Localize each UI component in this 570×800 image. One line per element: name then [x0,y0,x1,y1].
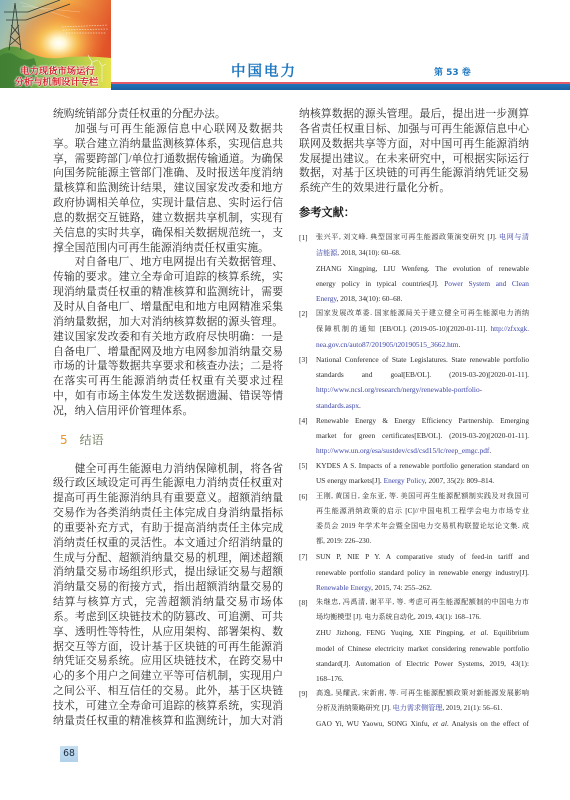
text-segment: 联网及数据共享等方面，对中国可再生能源消纳 [299,138,529,150]
reference-link[interactable]: standards.aspx [316,401,359,410]
reference-link[interactable]: Energy [316,294,337,303]
text-segment: 心的多个用户之间建立平等可信机制，实现用户 [53,670,283,682]
text-line: 量核算和监测统计结果，建议国家发改委和地方 [53,181,283,196]
text-line: 在落实可再生能源消纳责任权重有关要求过程 [53,374,283,389]
text-line: renewable portfolio standard policy in r… [316,565,529,580]
text-line: 国家发展改革委. 国家能源局关于建立健全可再生能源电力消纳 [316,306,529,321]
reference-number: [3] [299,352,308,367]
reference-link[interactable]: nea.gov.cn/auto87/201905/t20190515_3662.… [316,340,459,349]
text-segment: 在落实可再生能源消纳责任权重有关要求过程 [53,375,283,387]
text-line: 享，需要跨部门/单位打通数据传输通道。为确保 [53,152,283,167]
text-segment: 交易作为各类消纳责任主体完成自身消纳量指标 [53,507,283,519]
text-segment: . [359,401,361,410]
text-segment: 朱继忠, 冯禹清, 谢平平, 等. 考虑可再生能源配额制的中国电力市 [316,598,529,606]
text-segment: ZHANG Xingping, LIU Wenfeng. The evoluti… [316,264,529,273]
text-segment: US energy markets[J]. [316,476,384,485]
text-segment: 享。联合建立消纳量监测核算体系，实现信息共 [53,138,283,150]
reference-number: [1] [299,230,308,245]
text-line: 生成与分配、超额消纳量交易的机理，阐述超额 [53,551,283,566]
reference-item: [8]朱继忠, 冯禹清, 谢平平, 等. 考虑可再生能源配额制的中国电力市场均衡… [299,595,529,686]
text-segment: KYDES A S. Impacts of a renewable portfo… [316,461,529,470]
text-line: Energy, 2018, 34(10): 60–68. [316,291,529,306]
text-line: 纳核算数据的源头管理。最后，提出进一步测算 [299,107,529,122]
text-line: http://www.un.org/esa/sustdev/csd/csd15/… [316,443,529,458]
text-line: 加强与可再生能源信息中心联网及数据共 [53,122,283,137]
text-segment: 分析及消纳策略研究 [J]. [316,704,393,712]
reference-item: [6]王刚, 黄国日, 金东亚, 等. 美国可再生能源配额制实践及对我国可再生能… [299,489,529,550]
text-line: 消纳责任权重的灵活性。本文通过介绍消纳量的 [53,536,283,551]
text-line: 息的数据交互链路，建立数据共享机制，实现有 [53,211,283,226]
paragraph: 纳核算数据的源头管理。最后，提出进一步测算各省责任权重目标、加强与可再生能源信息… [299,107,529,196]
text-segment: SUN P, NIE P Y. A comparative study of f… [316,552,529,561]
text-line: 提高可再生能源消纳具有重要意义。超额消纳量 [53,491,283,506]
references-heading: 参考文献： [299,196,529,230]
reference-number: [5] [299,458,308,473]
text-segment: . [459,340,461,349]
text-segment: ZHU Jizhong, FENG Yuqing, XIE Pingping, [316,628,470,637]
text-segment: 中，如有市场主体发生发送数据遗漏、错误等情 [53,390,283,402]
text-line: 都, 2019: 226–230. [316,534,529,549]
text-line: 朱继忠, 冯禹清, 谢平平, 等. 考虑可再生能源配额制的中国电力市 [316,595,529,610]
text-segment: 168–176. [316,674,344,683]
text-segment: . [489,446,491,455]
text-line: ZHU Jizhong, FENG Yuqing, XIE Pingping, … [316,625,529,640]
text-segment: 市场的计量等数据共享要求和核查办法；二是将 [53,360,283,372]
text-segment: , 2018, 34(10): 60–68. [337,249,400,257]
text-line: 洁能源, 2018, 34(10): 60–68. [316,246,529,261]
text-segment: , 2015, 74: 255–262. [371,583,432,592]
text-line: 心的多个用户之间建立平等可信机制，实现用户 [53,669,283,684]
reference-item: [7]SUN P, NIE P Y. A comparative study o… [299,549,529,595]
text-segment: model of Chinese electricity market cons… [316,644,529,653]
text-line: 况，纳入信用评价管理体系。 [53,404,283,419]
text-segment: 况，纳入信用评价管理体系。 [53,405,193,417]
text-line: 市场的计量等数据共享要求和核查办法；二是将 [53,359,283,374]
text-segment: 纳凭证交易系统。应用区块链技术，在跨交易中 [53,655,283,667]
text-line: 健全可再生能源电力消纳保障机制，将各省 [53,462,283,477]
text-segment: 发展提出建议。在未来研究中，可根据实际运行 [299,153,529,165]
text-segment: 息的数据交互链路，建立数据共享机制，实现有 [53,212,283,224]
reference-number: [9] [299,686,308,701]
text-segment: 高逸, 吴耀武, 宋新甫, 等. 可再生能源配额政策对新能源发展影响 [316,689,529,697]
text-segment: 享、透明性等特性，从应用架构、部署架构、数 [53,626,283,638]
italic-text: et al [470,628,486,637]
text-segment: 健全可再生能源电力消纳保障机制，将各省 [75,463,283,475]
reference-link[interactable]: http://www.un.org/esa/sustdev/csd/csd15/… [316,446,489,455]
text-line: 张兴平, 刘文峰. 典型国家可再生能源政策演变研究 [J]. 电网与清 [316,230,529,245]
text-line: 关信息的实时共享，确保相关数据规范统一，支 [53,226,283,241]
banner-title-line2: 分析与机制设计专栏 [1,77,111,88]
text-line: 消纳量数据，加大对消纳核算数据的源头管理。 [53,315,283,330]
text-line: 享、透明性等特性，从应用架构、部署架构、数 [53,625,283,640]
text-line: model of Chinese electricity market cons… [316,641,529,656]
journal-title: 中国电力 [218,62,310,82]
text-segment: 消纳责任权重的灵活性。本文通过介绍消纳量的 [53,537,283,549]
text-line: 结算与核算方式，完善超额消纳量交易市场体 [53,595,283,610]
text-segment: standard[J]. Automation of Electric Powe… [316,659,529,668]
text-line: 场均衡模型 [J]. 电力系统自动化, 2019, 43(1): 168–176… [316,610,529,625]
text-line: 享。联合建立消纳量监测核算体系，实现信息共 [53,137,283,152]
text-segment: 纳核算数据的源头管理。最后，提出进一步测算 [299,108,529,120]
text-segment: 国家发展改革委. 国家能源局关于建立健全可再生能源电力消纳 [316,309,529,317]
left-column: 统购统销部分责任权重的分配办法。 加强与可再生能源信息中心联网及数据共享。联合建… [53,107,283,729]
text-segment: 向国务院能源主管部门准确、及时报送年度消纳 [53,167,283,179]
text-line: SUN P, NIE P Y. A comparative study of f… [316,549,529,564]
text-segment: . Equilibrium [486,628,529,637]
reference-link[interactable]: Energy Policy [384,476,425,485]
text-segment: 数据，对基于区块链的可再生能源消纳凭证交易 [299,167,529,179]
text-line: 保障机制的通知 [EB/OL]. (2019-05-10)[2020-01-11… [316,322,529,337]
text-line: 王刚, 黄国日, 金东亚, 等. 美国可再生能源配额制实践及对我国可 [316,489,529,504]
text-line: standards and goal[EB/OL]. (2019-03-20)[… [316,367,529,382]
text-segment: 现消纳量责任权重的精准核算和监测统计，需要 [53,286,283,298]
text-line: http://www.ncsl.org/research/nergy/renew… [316,382,529,397]
text-line: 对自备电厂、地方电网提出有关数据管理、 [53,255,283,270]
text-line: 再生能源消纳政策的启示 [C]//中国电机工程学会电力市场专业 [316,504,529,519]
text-segment: 消纳量交易市场组织形式，提出绿证交易与超额 [53,566,283,578]
text-segment: 的重要补充方式，有助于提高消纳责任主体完成 [53,522,283,534]
text-segment: National Conference of State Legislature… [316,355,529,364]
text-line: 现消纳量责任权重的精准核算和监测统计，需要 [53,285,283,300]
text-line: Renewable Energy & Energy Efficiency Par… [316,413,529,428]
reference-link[interactable]: 电力需求侧管理 [393,704,443,712]
text-line: 168–176. [316,671,529,686]
reference-item: [4]Renewable Energy & Energy Efficiency … [299,413,529,459]
text-segment: 统购统销部分责任权重的分配办法。 [53,108,226,120]
reference-link[interactable]: Renewable Energy [316,583,371,592]
reference-item: [2]国家发展改革委. 国家能源局关于建立健全可再生能源电力消纳保障机制的通知 … [299,306,529,352]
text-segment: energy policy in typical countries[J]. [316,279,444,288]
text-line: 发展提出建议。在未来研究中，可根据实际运行 [299,152,529,167]
text-segment: 政府协调相关单位，实现计量信息、实时运行信 [53,197,283,209]
text-line: 各省责任权重目标、加强与可再生能源信息中心 [299,122,529,137]
text-segment: 加强与可再生能源信息中心联网及数据共 [75,123,283,135]
text-segment: , 2018, 34(10): 60–68. [337,294,403,303]
text-line: 系。考虑到区块链技术的防篡改、可追溯、可共 [53,610,283,625]
text-line: 系统产生的效果进行量化分析。 [299,181,529,196]
text-line: 委员会 2019 年学术年会暨全国电力交易机构联盟论坛论文集. 成 [316,519,529,534]
text-segment: Renewable Energy & Energy Efficiency Par… [316,416,529,425]
text-line: 政府协调相关单位，实现计量信息、实时运行信 [53,196,283,211]
reference-number: [4] [299,413,308,428]
reference-number: [2] [299,306,308,321]
reference-item: [5]KYDES A S. Impacts of a renewable por… [299,458,529,488]
reference-link[interactable]: http://zfxxgk. [491,325,529,333]
text-segment: 量核算和监测统计结果，建议国家发改委和地方 [53,182,283,194]
page-number: 68 [60,746,78,762]
text-line: 纳量责任权重的精准核算和监测统计，加大对消 [53,714,283,729]
text-line: GAO Yi, WU Yaowu, SONG Xinfu, et al. Ana… [316,716,529,731]
text-segment: 消纳量交易的衔接方式，指出超额消纳量交易的 [53,581,283,593]
text-segment: 享，需要跨部门/单位打通数据传输通道。为确保 [53,153,283,165]
reference-link[interactable]: 电网与清 [499,233,529,241]
header-rule-blue [111,84,570,90]
text-line: 之间公平、相互信任的交易。此外，基于区块链 [53,684,283,699]
text-segment: 级行政区域设定可再生能源电力消纳责任权重对 [53,477,283,489]
text-segment: 提高可再生能源消纳具有重要意义。超额消纳量 [53,492,283,504]
text-line: 消纳量交易的衔接方式，指出超额消纳量交易的 [53,580,283,595]
reference-link[interactable]: Power System and Clean [444,279,529,288]
text-segment: 撑全国范围内可再生能源消纳责任权重实施。 [53,242,269,254]
reference-list: [1]张兴平, 刘文峰. 典型国家可再生能源政策演变研究 [J]. 电网与清洁能… [299,230,529,731]
text-segment: 自备电厂、增量配网及地方电网参加消纳量交易 [53,346,283,358]
paragraph: 对自备电厂、地方电网提出有关数据管理、传输的要求。建立全寿命可追踪的核算系统，实… [53,255,283,418]
right-column: 纳核算数据的源头管理。最后，提出进一步测算各省责任权重目标、加强与可再生能源信息… [299,107,529,732]
text-segment: . Analysis on the effect of [447,719,529,728]
text-line: 数据，对基于区块链的可再生能源消纳凭证交易 [299,166,529,181]
text-line: 技术，可建立全寿命可追踪的核算系统，实现消 [53,699,283,714]
text-line: 中，如有市场主体发生发送数据遗漏、错误等情 [53,389,283,404]
text-segment: 场均衡模型 [J]. 电力系统自动化, 2019, 43(1): 168–176… [316,613,481,621]
text-line: 及时从自备电厂、增量配电和地方电网精准采集 [53,300,283,315]
journal-page: 电力现货市场运行 分析与机制设计专栏 中国电力 第 53 卷 统购统销部分责任权… [0,0,570,800]
reference-link[interactable]: http://www.ncsl.org/research/nergy/renew… [316,385,482,394]
text-line: 级行政区域设定可再生能源电力消纳责任权重对 [53,476,283,491]
text-line: standard[J]. Automation of Electric Powe… [316,656,529,671]
text-line: 交易作为各类消纳责任主体完成自身消纳量指标 [53,506,283,521]
text-segment: 消纳量数据，加大对消纳核算数据的源头管理。 [53,316,283,328]
text-line: 向国务院能源主管部门准确、及时报送年度消纳 [53,166,283,181]
text-line: 纳凭证交易系统。应用区块链技术，在跨交易中 [53,654,283,669]
text-segment: 各省责任权重目标、加强与可再生能源信息中心 [299,123,529,135]
text-segment: , 2019, 21(1): 56–61. [442,704,502,712]
text-line: nea.gov.cn/auto87/201905/t20190515_3662.… [316,337,529,352]
reference-item: [3]National Conference of State Legislat… [299,352,529,413]
text-segment: 委员会 2019 年学术年会暨全国电力交易机构联盟论坛论文集. 成 [316,522,529,530]
text-segment: 纳量责任权重的精准核算和监测统计，加大对消 [53,715,283,727]
text-segment: standards and goal[EB/OL]. (2019-03-20)[… [316,370,529,379]
paragraph: 健全可再生能源电力消纳保障机制，将各省级行政区域设定可再生能源电力消纳责任权重对… [53,462,283,729]
text-line: 分析及消纳策略研究 [J]. 电力需求侧管理, 2019, 21(1): 56–… [316,701,529,716]
text-line: market for green certificates[EB/OL]. (2… [316,428,529,443]
text-segment: GAO Yi, WU Yaowu, SONG Xinfu, [316,719,433,728]
text-line: 传输的要求。建立全寿命可追踪的核算系统，实 [53,270,283,285]
text-segment: renewable portfolio standard policy in r… [316,568,529,577]
text-line: 建议国家发改委和有关地方政府尽快明确：一是 [53,330,283,345]
reference-link[interactable]: 洁能源 [316,249,337,257]
reference-number: [8] [299,595,308,610]
text-line: energy policy in typical countries[J]. P… [316,276,529,291]
reference-item: [9]高逸, 吴耀武, 宋新甫, 等. 可再生能源配额政策对新能源发展影响分析及… [299,686,529,732]
text-line: standards.aspx. [316,398,529,413]
text-line: 据交互等方面，设计基于区块链的可再生能源消 [53,640,283,655]
reference-number: [6] [299,489,308,504]
text-segment: 关信息的实时共享，确保相关数据规范统一，支 [53,227,283,239]
section-title: 结语 [80,433,104,447]
text-segment: 之间公平、相互信任的交易。此外，基于区块链 [53,685,283,697]
text-segment: 对自备电厂、地方电网提出有关数据管理、 [75,256,283,268]
text-line: KYDES A S. Impacts of a renewable portfo… [316,458,529,473]
paragraph: 统购统销部分责任权重的分配办法。 [53,107,283,122]
text-line: 自备电厂、增量配网及地方电网参加消纳量交易 [53,345,283,360]
text-segment: 生成与分配、超额消纳量交易的机理，阐述超额 [53,552,283,564]
text-segment: 保障机制的通知 [EB/OL]. (2019-05-10)[2020-01-11… [316,325,491,333]
text-segment: 据交互等方面，设计基于区块链的可再生能源消 [53,641,283,653]
text-line: 的重要补充方式，有助于提高消纳责任主体完成 [53,521,283,536]
section-heading: 5结语 [53,419,283,462]
text-line: Renewable Energy, 2015, 74: 255–262. [316,580,529,595]
text-line: 统购统销部分责任权重的分配办法。 [53,107,283,122]
text-line: National Conference of State Legislature… [316,352,529,367]
text-segment: 结算与核算方式，完善超额消纳量交易市场体 [53,596,283,608]
text-segment: 及时从自备电厂、增量配电和地方电网精准采集 [53,301,283,313]
text-segment: 都, 2019: 226–230. [316,537,371,545]
italic-text: et al [433,719,447,728]
text-segment: 系。考虑到区块链技术的防篡改、可追溯、可共 [53,611,283,623]
text-segment: 建议国家发改委和有关地方政府尽快明确：一是 [53,331,283,343]
reference-number: [7] [299,549,308,564]
text-segment: 传输的要求。建立全寿命可追踪的核算系统，实 [53,271,283,283]
text-segment: market for green certificates[EB/OL]. (2… [316,431,529,440]
text-line: ZHANG Xingping, LIU Wenfeng. The evoluti… [316,261,529,276]
text-segment: , 2007, 35(2): 809–814. [425,476,494,485]
text-line: US energy markets[J]. Energy Policy, 200… [316,473,529,488]
text-line: 联网及数据共享等方面，对中国可再生能源消纳 [299,137,529,152]
text-segment: 技术，可建立全寿命可追踪的核算系统，实现消 [53,700,283,712]
paragraph: 加强与可再生能源信息中心联网及数据共享。联合建立消纳量监测核算体系，实现信息共享… [53,122,283,256]
text-segment: 王刚, 黄国日, 金东亚, 等. 美国可再生能源配额制实践及对我国可 [316,492,529,500]
reference-item: [1]张兴平, 刘文峰. 典型国家可再生能源政策演变研究 [J]. 电网与清洁能… [299,230,529,306]
volume-label: 第 53 卷 [434,67,471,79]
column-banner: 电力现货市场运行 分析与机制设计专栏 [0,0,111,88]
section-number: 5 [60,433,68,447]
text-line: 消纳量交易市场组织形式，提出绿证交易与超额 [53,565,283,580]
text-line: 撑全国范围内可再生能源消纳责任权重实施。 [53,241,283,256]
text-segment: 张兴平, 刘文峰. 典型国家可再生能源政策演变研究 [J]. [316,233,499,241]
text-line: 高逸, 吴耀武, 宋新甫, 等. 可再生能源配额政策对新能源发展影响 [316,686,529,701]
text-segment: 系统产生的效果进行量化分析。 [299,182,450,194]
text-segment: 再生能源消纳政策的启示 [C]//中国电机工程学会电力市场专业 [316,507,529,515]
